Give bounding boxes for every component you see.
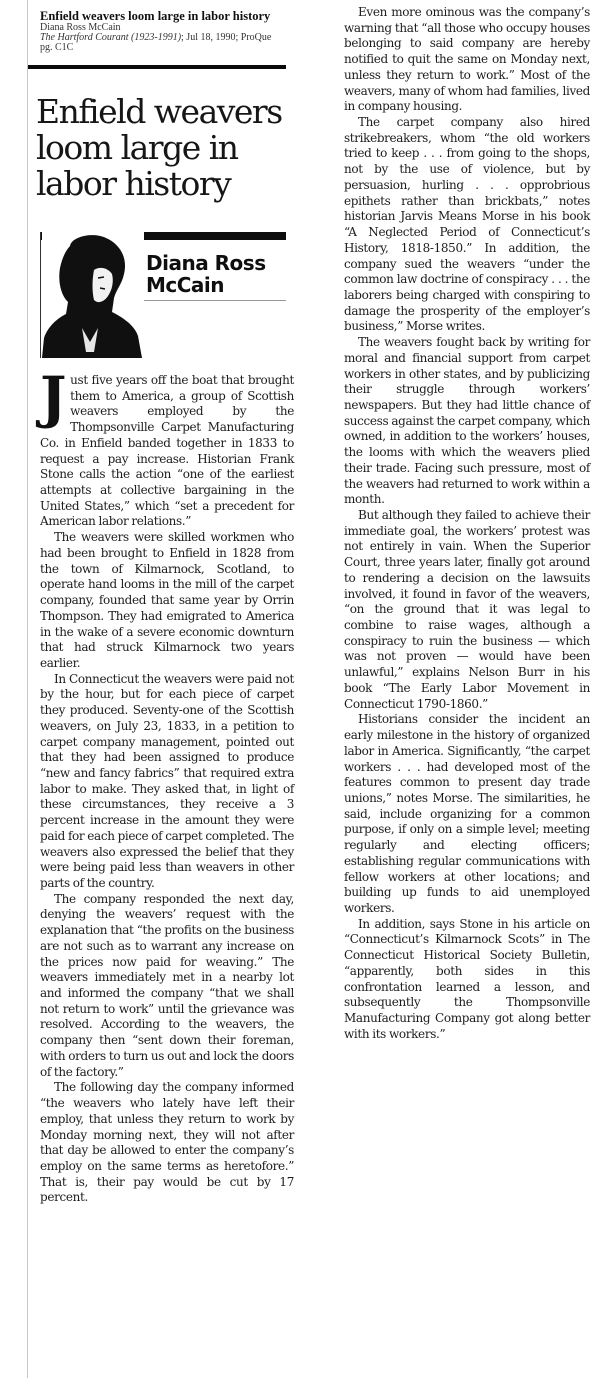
article-column-left: Just five years off the boat that brough… — [40, 373, 294, 1206]
citation-page: pg. C1C — [40, 43, 300, 53]
newspaper-clipping-page: Enfield weavers loom large in labor hist… — [0, 0, 599, 1390]
byline-name-line: McCain — [146, 274, 266, 296]
article-paragraph: The weavers fought back by writing for m… — [344, 335, 590, 508]
author-portrait-icon — [42, 232, 144, 358]
article-column-right: Even more ominous was the company’s warn… — [344, 5, 590, 1042]
headline-line: Enfield weavers — [36, 94, 296, 130]
article-paragraph: In addition, says Stone in his article o… — [344, 917, 590, 1043]
article-paragraph: Historians consider the incident an earl… — [344, 712, 590, 916]
article-paragraph: Just five years off the boat that brough… — [40, 373, 294, 530]
article-paragraph: But although they failed to achieve thei… — [344, 508, 590, 712]
byline-name-line: Diana Ross — [146, 252, 266, 274]
citation-header: Enfield weavers loom large in labor hist… — [40, 10, 300, 53]
left-margin-rule — [27, 0, 28, 1378]
byline-underline — [144, 300, 286, 301]
byline-box: Diana Ross McCain — [40, 232, 286, 358]
article-paragraph: The following day the company informed “… — [40, 1080, 294, 1206]
article-paragraph: The company responded the next day, deny… — [40, 892, 294, 1081]
headline-line: loom large in — [36, 130, 296, 166]
article-paragraph: Even more ominous was the company’s warn… — [344, 5, 590, 115]
citation-date: ; Jul 18, 1990; ProQue — [181, 32, 271, 43]
byline-frame — [40, 232, 41, 358]
article-paragraph: The carpet company also hired strikebrea… — [344, 115, 590, 335]
citation-source: The Hartford Courant (1923-1991); Jul 18… — [40, 33, 300, 43]
header-divider — [28, 65, 286, 69]
article-paragraph: In Connecticut the weavers were paid not… — [40, 672, 294, 892]
article-headline: Enfield weavers loom large in labor hist… — [36, 94, 296, 202]
article-paragraph: The weavers were skilled workmen who had… — [40, 530, 294, 671]
drop-cap: J — [40, 375, 66, 421]
paragraph-text: ust five years off the boat that brought… — [40, 373, 294, 528]
byline-author-name: Diana Ross McCain — [146, 252, 266, 296]
headline-line: labor history — [36, 166, 296, 202]
